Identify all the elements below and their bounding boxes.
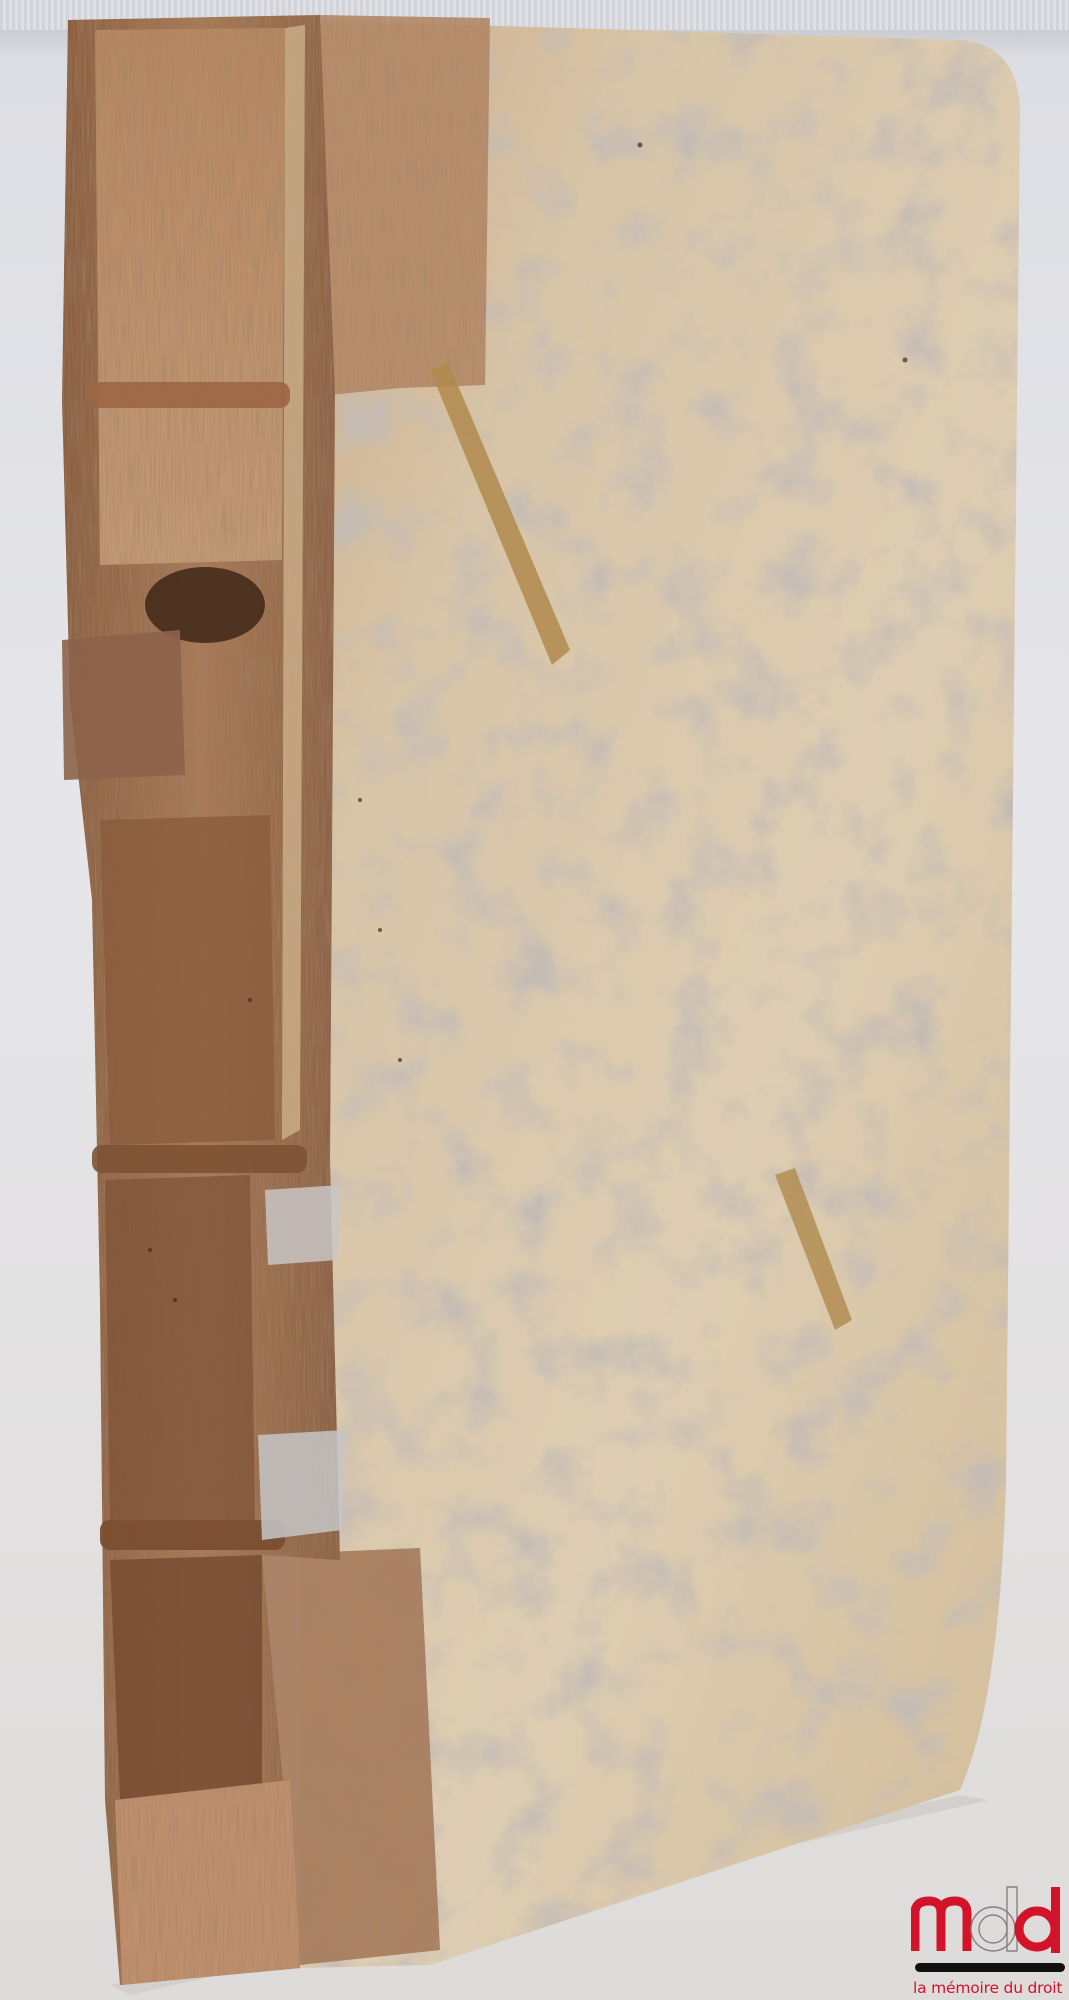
mdd-logo-mark — [911, 1885, 1065, 1955]
mdd-watermark-logo: la mémoire du droit — [905, 1885, 1065, 2000]
book-photo — [0, 0, 1069, 2000]
logo-underline-bar — [915, 1963, 1065, 1972]
logo-tagline: la mémoire du droit — [913, 1979, 1069, 1997]
